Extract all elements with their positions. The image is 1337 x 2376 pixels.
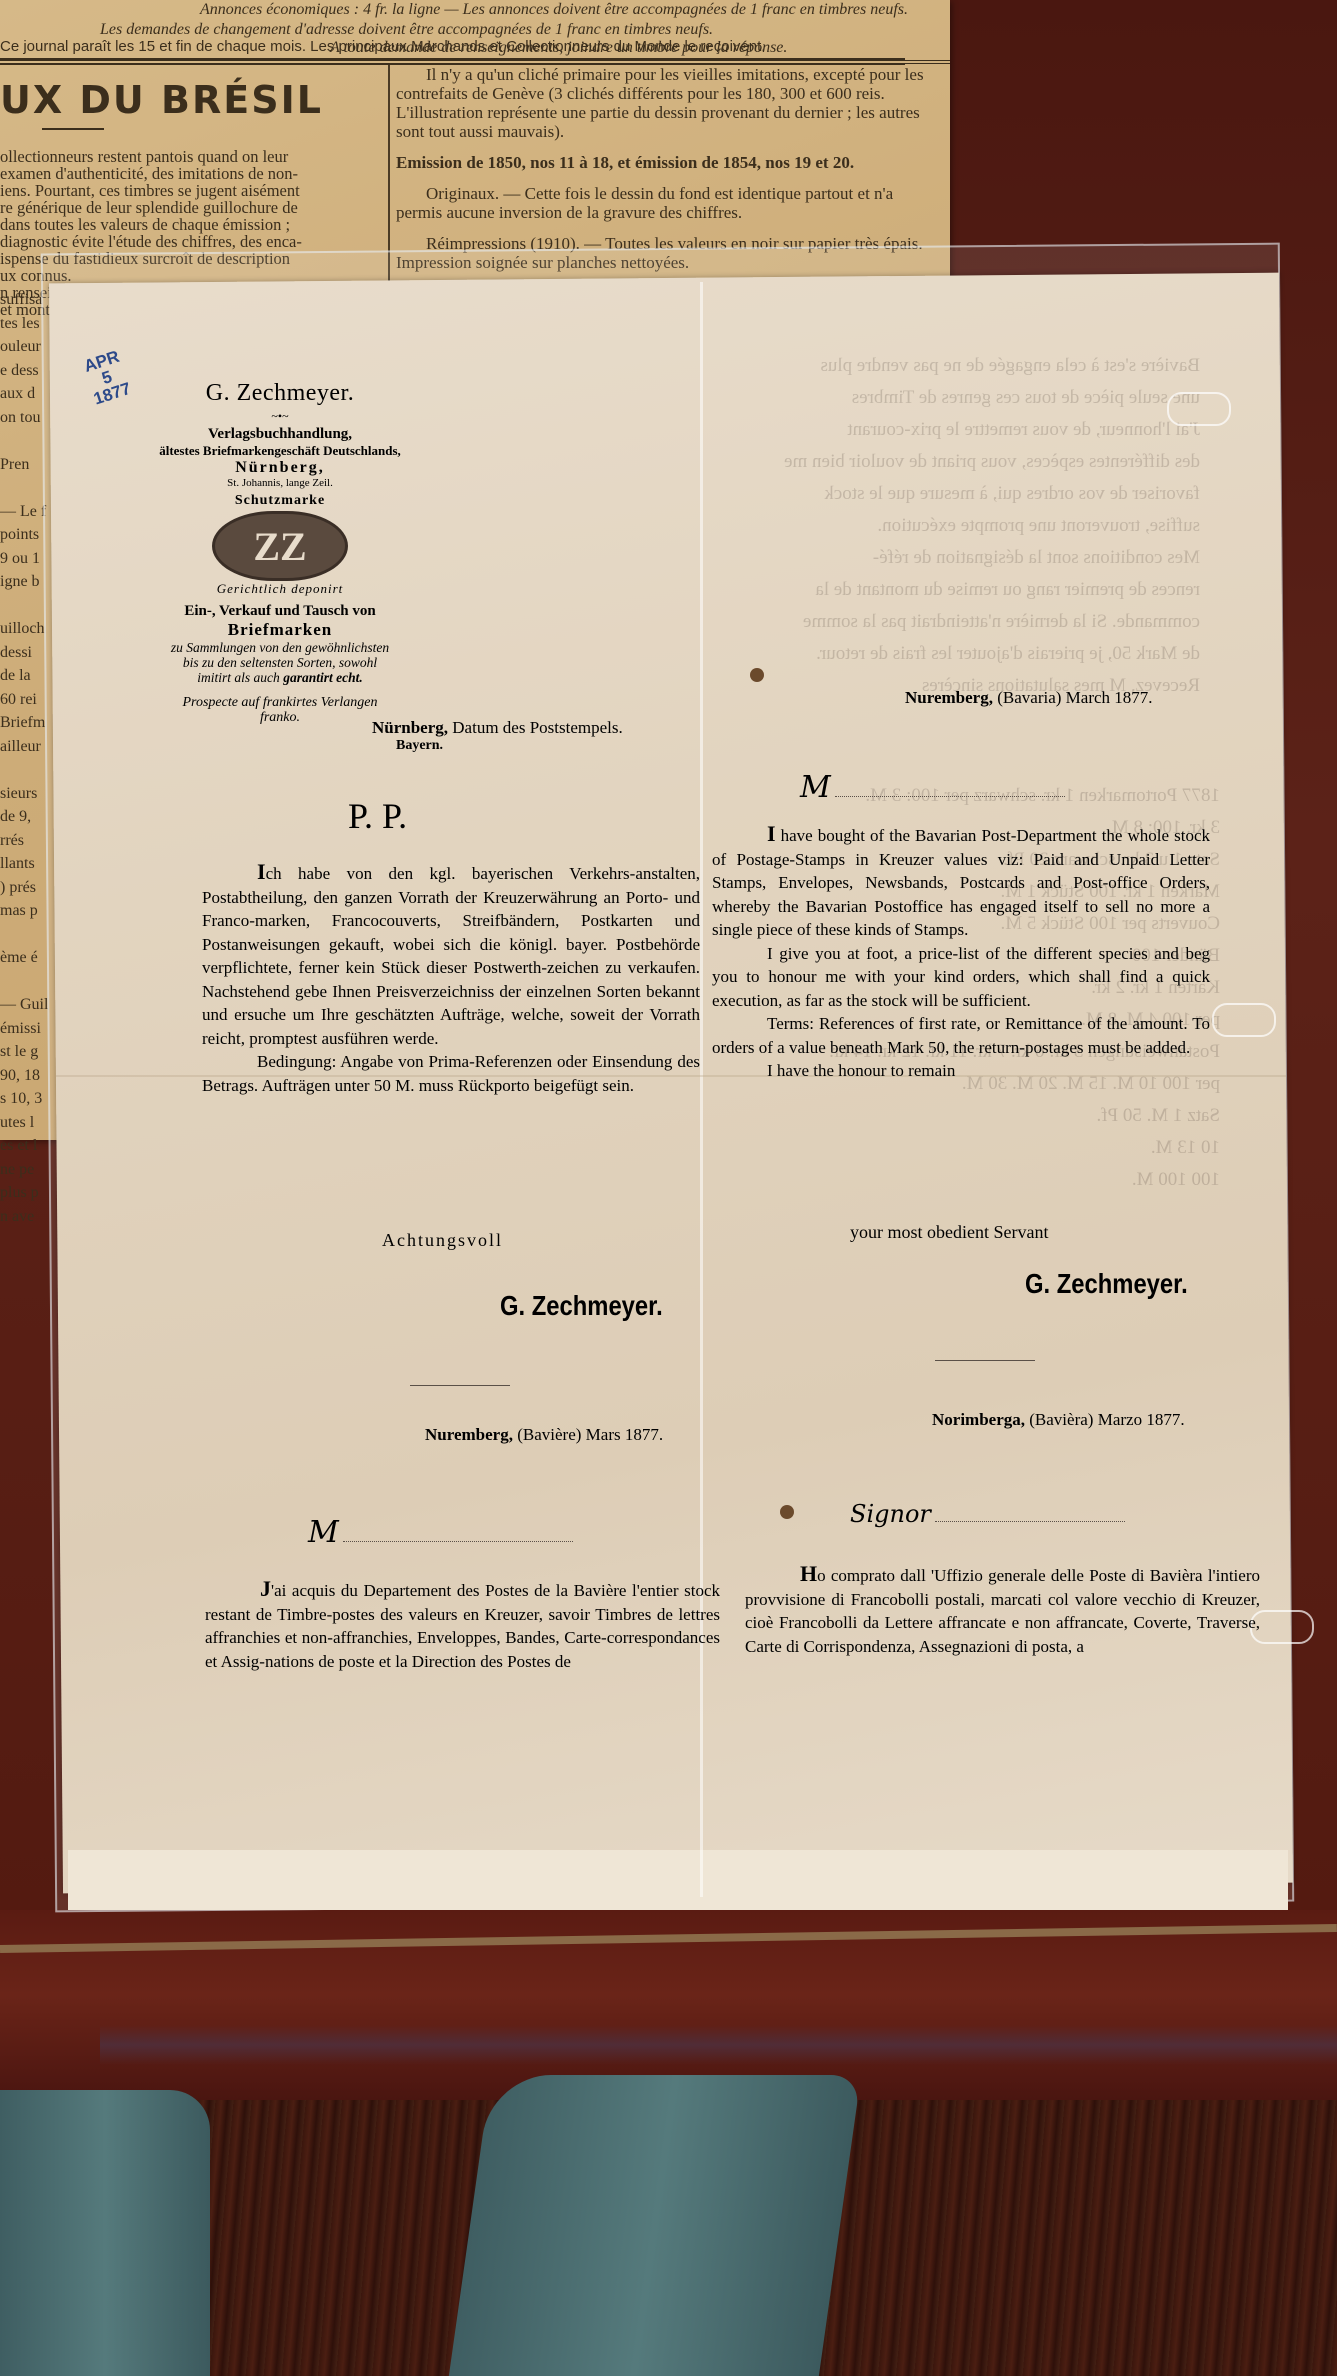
date: (Bavièra) Marzo 1877. [1029, 1410, 1184, 1429]
salutation: M [800, 770, 831, 805]
article-line: examen d'authenticité, des imitations de… [0, 165, 385, 182]
article-line: diagnostic évite l'étude des chiffres, d… [0, 233, 385, 250]
drop-cap: I [767, 821, 776, 846]
paragraph: I give you at foot, a price-list of the … [712, 942, 1210, 1013]
prospect-line: Prospecte auf frankirtes Verlangen [130, 695, 430, 710]
date: Datum des Poststempels. [452, 718, 622, 737]
paragraph: ch habe von den kgl. bayerischen Verkehr… [202, 864, 700, 1048]
show-through-reverse-text: Bavière s'est à cela engagée de ne pas v… [640, 350, 1200, 702]
table-edge-shadow [100, 2025, 1337, 2065]
paragraph: I have the honour to remain [712, 1059, 1210, 1083]
ghost-line: une seule pièce de tous ces genres de Ti… [640, 382, 1200, 414]
article-line: iens. Pourtant, ces timbres se jugent ai… [0, 182, 385, 199]
date: (Bavaria) March 1877. [997, 688, 1152, 707]
drop-cap: I [257, 859, 266, 884]
ghost-line: favoriser de vos ordres qui, à mesure qu… [640, 478, 1200, 510]
sleeve-slot [1167, 392, 1231, 426]
ghost-line: 10 13 M. [720, 1132, 1220, 1164]
french-dateline: Nuremberg, (Bavière) Mars 1877. [425, 1425, 663, 1445]
goods: Briefmarken [130, 620, 430, 640]
date: (Bavière) Mars 1877. [517, 1425, 663, 1444]
ghost-line: suffise, trouveront une prompte exécutio… [640, 510, 1200, 542]
place: Norimberga, [932, 1410, 1025, 1429]
ornament: ~•~ [130, 409, 430, 424]
ghost-line: de Mark 50, je prierais d'ajouter les fr… [640, 638, 1200, 670]
place: Nuremberg, [905, 688, 993, 707]
salutation: Signor [850, 1500, 931, 1528]
logo-letters: ZZ [253, 523, 306, 570]
english-signature: G. Zechmeyer. [1025, 1268, 1188, 1300]
ghost-line: commande. Si la dernière n'atteindrait p… [640, 606, 1200, 638]
trademark-label: Schutzmarke [130, 493, 430, 509]
italian-salutation: Signor [850, 1500, 1125, 1528]
article-line: re générique de leur splendide guillochu… [0, 199, 385, 216]
zz-trademark-logo-icon: ZZ [212, 511, 348, 581]
paragraph: o comprato dall 'Uffizio generale delle … [745, 1566, 1260, 1656]
goods-description: zu Sammlungen von den gewöhnlichsten bis… [130, 640, 430, 685]
german-body: Ich habe von den kgl. bayerischen Verkeh… [202, 860, 700, 1097]
english-body: I have bought of the Bavarian Post-Depar… [712, 822, 1210, 1083]
punch-hole [750, 668, 764, 682]
german-dateline: Nürnberg, Datum des Poststempels. Bayern… [372, 718, 623, 754]
english-salutation: M [800, 770, 1065, 805]
company-name: G. Zechmeyer. [130, 380, 430, 407]
place: Nuremberg, [425, 1425, 513, 1444]
italian-dateline: Norimberga, (Bavièra) Marzo 1877. [932, 1410, 1185, 1430]
ghost-line: Mes conditions sont la désignation de ré… [640, 542, 1200, 574]
person-leg-right [449, 2075, 861, 2376]
paragraph: Terms: References of first rate, or Remi… [712, 1012, 1210, 1059]
article-paragraph: Originaux. — Cette fois le dessin du fon… [396, 184, 936, 222]
article-line: dans toutes les valeurs de chaque émissi… [0, 216, 385, 233]
drop-cap: H [800, 1561, 817, 1586]
desc-line: bis zu den seltensten Sorten, sowohl [130, 655, 430, 670]
trade-line: Ein-, Verkauf und Tausch von [130, 603, 430, 620]
article-paragraph: Emission de 1850, nos 11 à 18, et émissi… [396, 153, 936, 172]
place: Nürnberg, [372, 718, 448, 737]
english-dateline: Nuremberg, (Bavaria) March 1877. [905, 688, 1153, 708]
name-blank [835, 796, 1065, 797]
name-blank [935, 1521, 1125, 1522]
divider-rule [410, 1385, 510, 1386]
divider-rule [935, 1360, 1035, 1361]
desc-line: zu Sammlungen von den gewöhnlichsten [130, 640, 430, 655]
guarantee: garantirt echt. [283, 670, 363, 685]
salutation: M [308, 1515, 339, 1550]
paragraph: have bought of the Bavarian Post-Departm… [712, 826, 1210, 939]
city: Nürnberg, [130, 459, 430, 477]
french-body: J'ai acquis du Departement des Postes de… [205, 1577, 720, 1673]
business-type: Verlagsbuchhandlung, [130, 426, 430, 443]
italian-body: Ho comprato dall 'Uffizio generale delle… [745, 1562, 1260, 1658]
header-rule [0, 58, 905, 65]
article-title: UX DU BRÉSIL [0, 78, 323, 122]
letterhead: G. Zechmeyer. ~•~ Verlagsbuchhandlung, ä… [130, 380, 430, 725]
german-signature: G. Zechmeyer. [500, 1290, 663, 1322]
sleeve-bottom-strip [68, 1850, 1288, 1910]
street: St. Johannis, lange Zeil. [130, 477, 430, 489]
ghost-line: rences de premier rang ou remise du mont… [640, 574, 1200, 606]
paragraph: 'ai acquis du Departement des Postes de … [205, 1581, 720, 1671]
desc-line: imitirt als auch [197, 670, 280, 685]
name-blank [343, 1541, 573, 1542]
german-salutation: P. P. [348, 795, 407, 837]
region: Bayern. [396, 738, 623, 754]
drop-cap: J [260, 1576, 271, 1601]
trademark-registered: Gerichtlich deponirt [130, 581, 430, 597]
header-line: Annonces économiques : 4 fr. la ligne — … [0, 0, 950, 20]
header-line: Ce journal paraît les 15 et fin de chaqu… [0, 38, 765, 55]
header-line: Les demandes de changement d'adresse doi… [0, 20, 950, 40]
business-subtitle: ältestes Briefmarkengeschäft Deutschland… [130, 443, 430, 459]
english-closing: your most obedient Servant [850, 1222, 1048, 1243]
ghost-line: 100 100 M. [720, 1164, 1220, 1196]
german-closing: Achtungsvoll [382, 1230, 503, 1251]
ghost-line: des différentes espèces, vous priant de … [640, 446, 1200, 478]
punch-hole [780, 1505, 794, 1519]
french-salutation: M [308, 1515, 573, 1550]
article-paragraph: Il n'y a qu'un cliché primaire pour les … [396, 65, 936, 141]
article-line: ollectionneurs restent pantois quand on … [0, 148, 385, 165]
paragraph: Bedingung: Angabe von Prima-Referenzen o… [202, 1050, 700, 1097]
ghost-line: Bavière s'est à cela engagée de ne pas v… [640, 350, 1200, 382]
ghost-line: Satz 1 M. 50 Pf. [720, 1100, 1220, 1132]
sleeve-slot [1212, 1003, 1276, 1037]
ghost-line: J'ai l'honneur, de vous remettre le prix… [640, 414, 1200, 446]
title-rule [42, 128, 104, 130]
person-leg-left [0, 2090, 210, 2376]
